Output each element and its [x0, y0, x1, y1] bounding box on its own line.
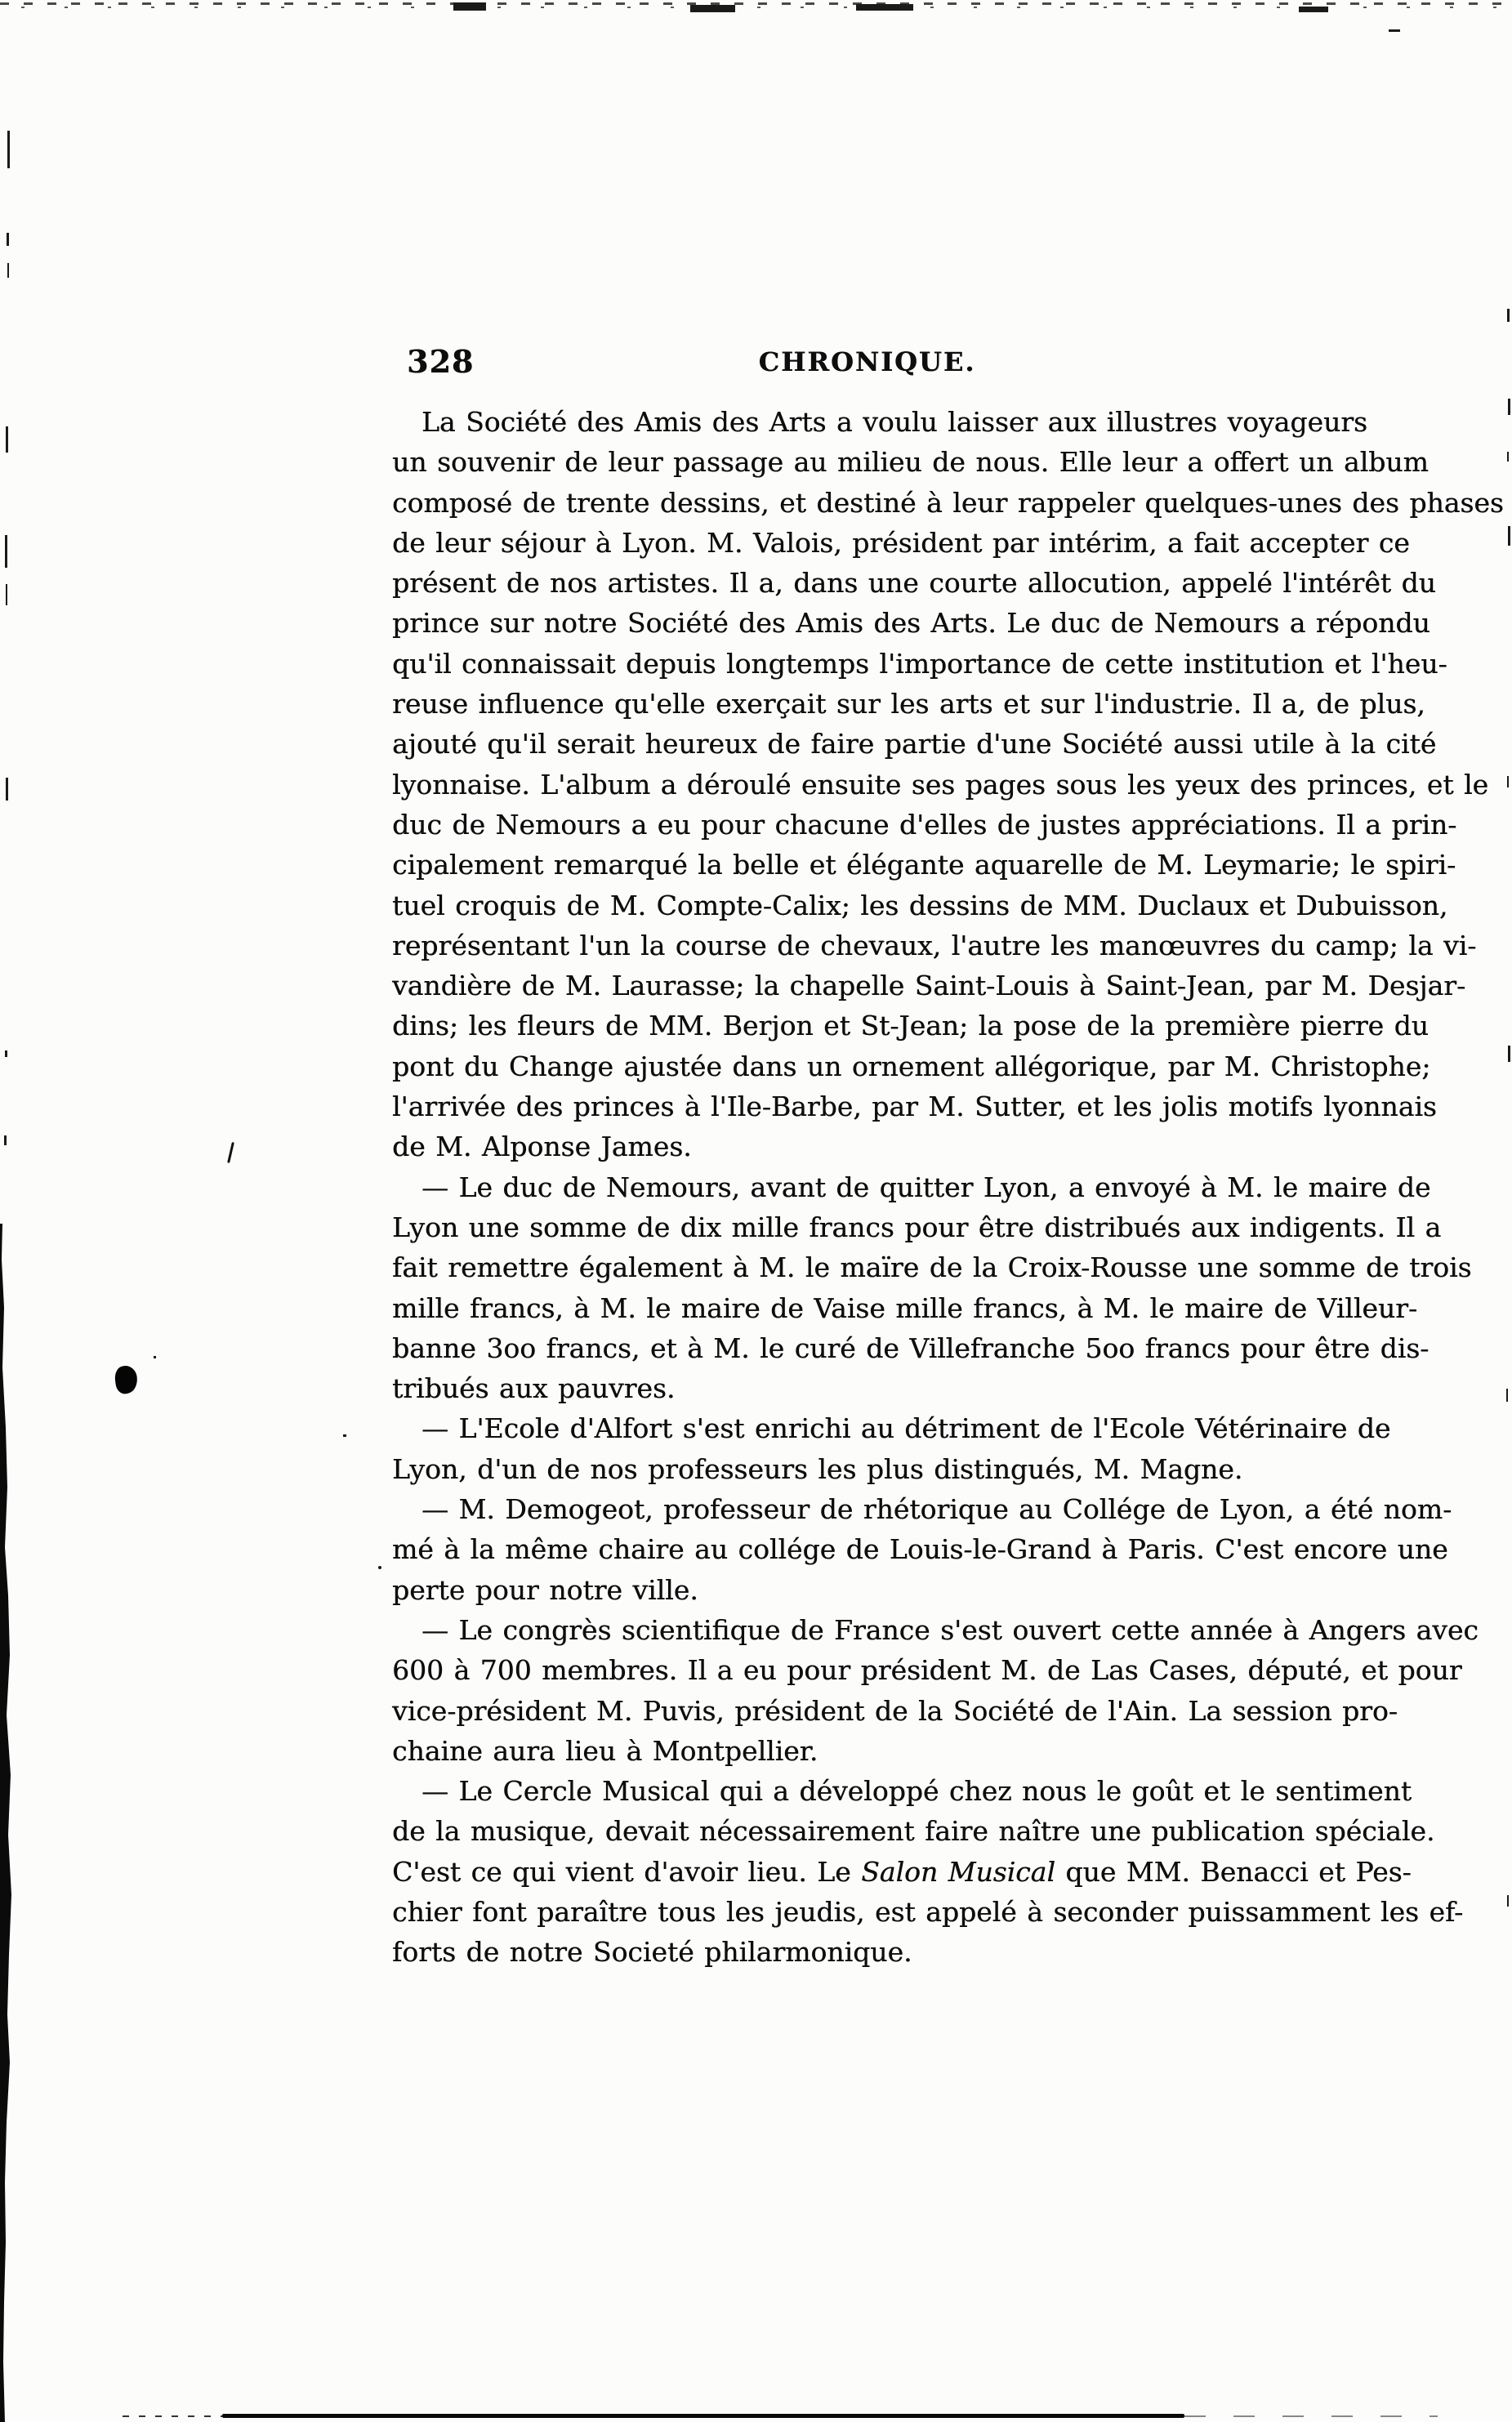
scan-artifact	[1507, 1895, 1509, 1907]
scan-artifact	[6, 584, 7, 605]
scan-artifact-left-edge	[0, 1224, 11, 2422]
text-line: de M. Alponse James.	[392, 1126, 1342, 1166]
scan-artifact	[4, 1135, 7, 1145]
scan-artifact	[1507, 452, 1509, 462]
text-line: tuel croquis de M. Compte-Calix; les des…	[392, 885, 1342, 926]
scan-artifact-bottom-edge	[222, 2414, 1184, 2418]
scan-artifact	[7, 233, 9, 246]
text-line: ajouté qu'il serait heureux de faire par…	[392, 724, 1342, 764]
text-line: présent de nos artistes. Il a, dans une …	[392, 563, 1342, 603]
text-line: tribués aux pauvres.	[392, 1368, 1342, 1408]
scan-artifact-bottom-edge	[123, 2415, 222, 2417]
text-line: de leur séjour à Lyon. M. Valois, présid…	[392, 523, 1342, 563]
scan-artifact	[1299, 7, 1328, 12]
text-line: C'est ce qui vient d'avoir lieu. Le Salo…	[392, 1852, 1342, 1892]
text-line: de la musique, devait nécessairement fai…	[392, 1811, 1342, 1851]
text-line: cipalement remarqué la belle et élégante…	[392, 845, 1342, 885]
text-line: duc de Nemours a eu pour chacune d'elles…	[392, 805, 1342, 845]
text-line: chier font paraître tous les jeudis, est…	[392, 1892, 1342, 1932]
scan-artifact	[1389, 29, 1400, 32]
scan-artifact	[453, 2, 486, 11]
text-line: perte pour notre ville.	[392, 1570, 1342, 1610]
text-block: La Société des Amis des Arts a voulu lai…	[392, 402, 1342, 1973]
text-line: — Le duc de Nemours, avant de quitter Ly…	[392, 1167, 1342, 1207]
scan-artifact-bottom-edge	[1184, 2415, 1438, 2417]
text-line: reuse influence qu'elle exerçait sur les…	[392, 684, 1342, 724]
text-line: — Le congrès scientifique de France s'es…	[392, 1610, 1342, 1650]
page-header: 328 CHRONIQUE.	[392, 343, 1342, 387]
text-line: un souvenir de leur passage au milieu de…	[392, 442, 1342, 482]
text-line: mé à la même chaire au collége de Louis-…	[392, 1529, 1342, 1569]
scanned-page: { "page": { "number": "328", "heading": …	[0, 0, 1512, 2422]
text-line: composé de trente dessins, et destiné à …	[392, 483, 1342, 523]
text-line: chaine aura lieu à Montpellier.	[392, 1731, 1342, 1771]
text-line: Lyon, d'un de nos professeurs les plus d…	[392, 1449, 1342, 1489]
scan-artifact	[154, 1356, 156, 1358]
scan-artifact-top-edge	[0, 2, 1512, 9]
scan-artifact	[1508, 399, 1510, 415]
scan-artifact	[1506, 1389, 1508, 1402]
text-line: fait remettre également à M. le maïre de…	[392, 1247, 1342, 1287]
scan-artifact	[5, 1050, 7, 1057]
scan-artifact	[856, 4, 913, 11]
text-line: — L'Ecole d'Alfort s'est enrichi au détr…	[392, 1408, 1342, 1448]
scan-artifact-slash	[227, 1142, 234, 1163]
scan-artifact	[343, 1434, 346, 1437]
scan-artifact	[6, 426, 8, 453]
text-line: pont du Change ajustée dans un ornement …	[392, 1046, 1342, 1086]
scan-artifact	[378, 1566, 381, 1569]
scan-artifact	[1508, 526, 1510, 546]
ink-blot	[114, 1364, 139, 1394]
text-line: Lyon une somme de dix mille francs pour …	[392, 1207, 1342, 1247]
text-line: l'arrivée des princes à l'Ile-Barbe, par…	[392, 1086, 1342, 1126]
text-line: mille francs, à M. le maire de Vaise mil…	[392, 1288, 1342, 1328]
scan-artifact	[7, 263, 9, 278]
text-line: banne 3oo francs, et à M. le curé de Vil…	[392, 1328, 1342, 1368]
scan-artifact	[1507, 776, 1509, 787]
text-segment: que MM. Benacci et Pes-	[1055, 1856, 1412, 1888]
text-line: La Société des Amis des Arts a voulu lai…	[392, 402, 1342, 442]
text-line: représentant l'un la course de chevaux, …	[392, 926, 1342, 966]
text-line: — Le Cercle Musical qui a développé chez…	[392, 1771, 1342, 1811]
scan-artifact	[7, 131, 10, 168]
scan-artifact	[1507, 309, 1510, 322]
text-line: qu'il connaissait depuis longtemps l'imp…	[392, 644, 1342, 684]
text-line: vandière de M. Laurasse; la chapelle Sai…	[392, 966, 1342, 1006]
scan-artifact	[1508, 1046, 1510, 1062]
text-line: vice-président M. Puvis, président de la…	[392, 1691, 1342, 1731]
scan-artifact	[6, 778, 8, 801]
scan-artifact	[690, 5, 735, 12]
text-line: — M. Demogeot, professeur de rhétorique …	[392, 1489, 1342, 1529]
text-line: lyonnaise. L'album a déroulé ensuite ses…	[392, 765, 1342, 805]
text-line: dins; les fleurs de MM. Berjon et St-Jea…	[392, 1006, 1342, 1046]
italic-phrase: Salon Musical	[861, 1856, 1055, 1888]
running-title: CHRONIQUE.	[392, 346, 1342, 377]
text-line: forts de notre Societé philarmonique.	[392, 1932, 1342, 1972]
text-segment: C'est ce qui vient d'avoir lieu. Le	[392, 1856, 861, 1888]
scan-artifact	[5, 535, 7, 568]
text-line: 600 à 700 membres. Il a eu pour présiden…	[392, 1650, 1342, 1690]
text-line: prince sur notre Société des Amis des Ar…	[392, 603, 1342, 643]
